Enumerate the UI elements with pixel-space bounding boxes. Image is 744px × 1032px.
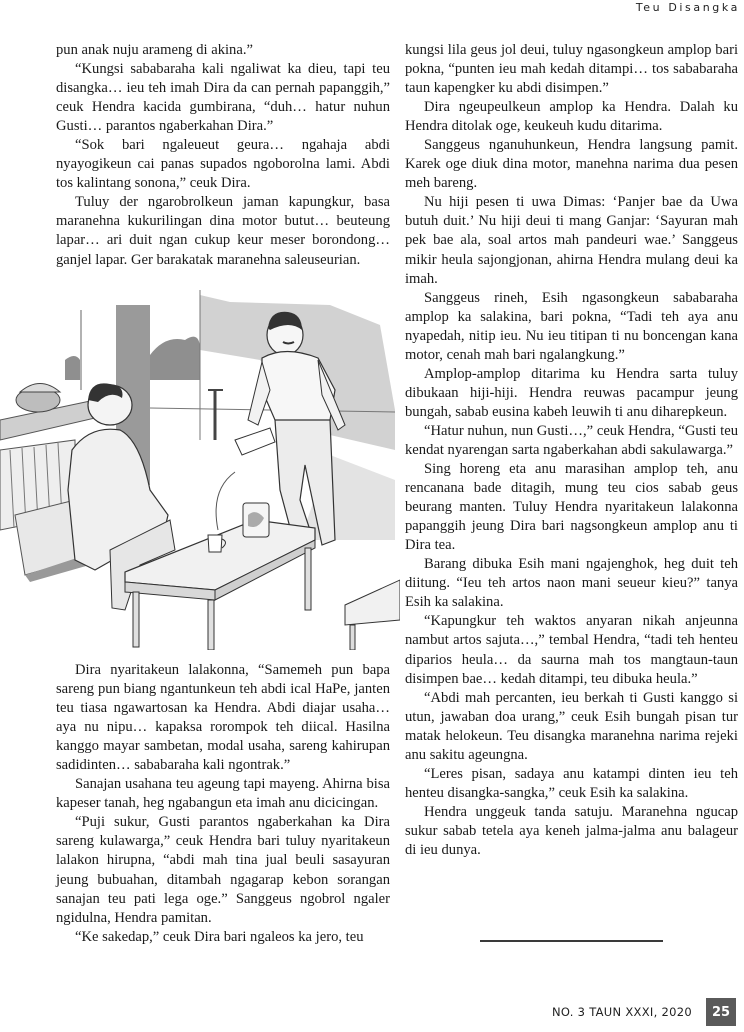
right-column: kungsi lila geus jol deui, tuluy ngasong… — [405, 41, 738, 860]
paragraph: Sanggeus rineh, Esih ngasongkeun sababar… — [405, 289, 738, 365]
paragraph: Dira ngeupeulkeun amplop ka Hendra. Dala… — [405, 98, 738, 136]
running-title: Teu Disangka — [636, 1, 740, 14]
paragraph: Dira nyaritakeun lalakonna, “Samemeh pun… — [56, 661, 390, 775]
left-column-top: pun anak nuju arameng di akina.” “Kungsi… — [56, 41, 390, 270]
paragraph: “Abdi mah percanten, ieu berkah ti Gusti… — [405, 689, 738, 765]
paragraph: Sanggeus nganuhunkeun, Hendra langsung p… — [405, 136, 738, 193]
paragraph: “Leres pisan, sadaya anu katampi dinten … — [405, 765, 738, 803]
issue-label: NO. 3 TAUN XXXI, 2020 — [552, 1005, 692, 1019]
paragraph: “Kungsi sababaraha kali ngaliwat ka dieu… — [56, 60, 390, 136]
paragraph: Sanajan usahana teu ageung tapi mayeng. … — [56, 775, 390, 813]
paragraph: kungsi lila geus jol deui, tuluy ngasong… — [405, 41, 738, 98]
paragraph: “Ke sakedap,” ceuk Dira bari ngaleos ka … — [56, 928, 390, 947]
paragraph: Nu hiji pesen ti uwa Dimas: ‘Panjer bae … — [405, 193, 738, 288]
left-column-bottom: Dira nyaritakeun lalakonna, “Samemeh pun… — [56, 661, 390, 947]
paragraph: Sing horeng eta anu marasihan amplop teh… — [405, 460, 738, 555]
page-number-badge: 25 — [706, 998, 736, 1026]
end-of-story-divider — [480, 940, 663, 942]
paragraph: “Kapungkur teh waktos anyaran nikah anje… — [405, 612, 738, 688]
paragraph: Tuluy der ngarobrolkeun jaman kapungkur,… — [56, 193, 390, 269]
paragraph: “Sok bari ngaleueut geura… ngahaja abdi … — [56, 136, 390, 193]
paragraph: “Puji sukur, Gusti parantos ngaberkahan … — [56, 813, 390, 927]
page-footer: NO. 3 TAUN XXXI, 2020 25 — [552, 998, 736, 1026]
paragraph: Barang dibuka Esih mani ngajenghok, heg … — [405, 555, 738, 612]
paragraph: pun anak nuju arameng di akina.” — [56, 41, 390, 60]
story-illustration — [0, 290, 400, 650]
paragraph: Amplop-amplop ditarima ku Hendra sarta t… — [405, 365, 738, 422]
paragraph: Hendra unggeuk tanda satuju. Maranehna n… — [405, 803, 738, 860]
paragraph: “Hatur nuhun, nun Gusti…,” ceuk Hendra, … — [405, 422, 738, 460]
